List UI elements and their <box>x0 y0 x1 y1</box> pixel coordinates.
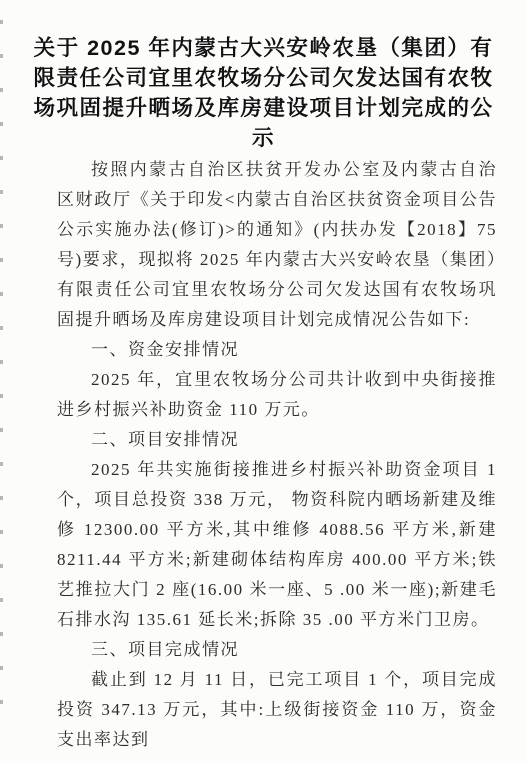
document-page: 关于 2025 年内蒙古大兴安岭农垦（集团）有限责任公司宜里农牧场分公司欠发达国… <box>0 0 527 763</box>
section-3-heading: 三、项目完成情况 <box>57 635 497 665</box>
document-body: 按照内蒙古自治区扶贫开发办公室及内蒙古自治区财政厅《关于印发<内蒙古自治区扶贫资… <box>57 155 497 755</box>
intro-paragraph: 按照内蒙古自治区扶贫开发办公室及内蒙古自治区财政厅《关于印发<内蒙古自治区扶贫资… <box>57 155 497 335</box>
section-1-body: 2025 年，宜里农牧场分公司共计收到中央街接推进乡村振兴补助资金 110 万元… <box>57 365 497 425</box>
scan-artifact-strip <box>0 20 3 720</box>
section-3-body: 截止到 12 月 11 日，已完工项目 1 个，项目完成投资 347.13 万元… <box>57 665 497 755</box>
section-1-heading: 一、资金安排情况 <box>57 335 497 365</box>
document-title: 关于 2025 年内蒙古大兴安岭农垦（集团）有限责任公司宜里农牧场分公司欠发达国… <box>0 0 527 153</box>
section-2-body: 2025 年共实施街接推进乡村振兴补助资金项目 1 个，项目总投资 338 万元… <box>57 455 497 635</box>
section-2-heading: 二、项目安排情况 <box>57 425 497 455</box>
